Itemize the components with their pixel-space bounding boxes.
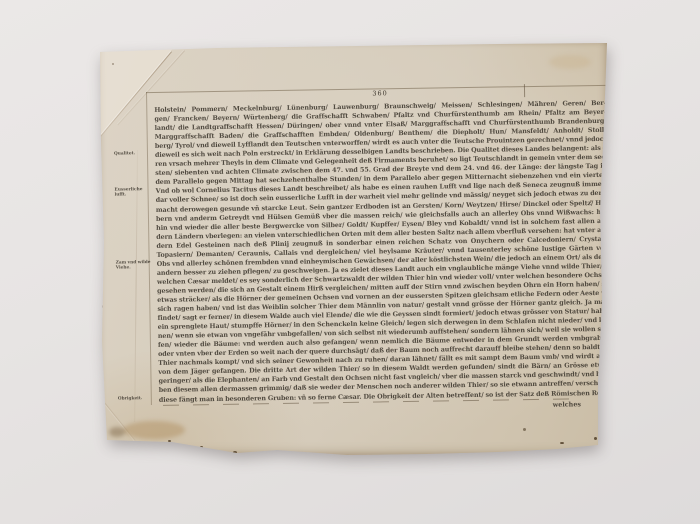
margin-note: Obrigkeit. (118, 396, 156, 402)
frame-rule-left (146, 92, 152, 405)
margin-note: Eusserliche lufft. (115, 187, 153, 198)
speck (200, 446, 203, 448)
speck (168, 440, 171, 442)
book-page: 360 Holstein/ Pommern/ Meckelnburg/ Lüne… (97, 41, 609, 457)
stain (109, 427, 125, 437)
speck (101, 305, 103, 308)
speck (233, 451, 237, 454)
speck (594, 437, 597, 440)
printed-content: 360 Holstein/ Pommern/ Meckelnburg/ Lüne… (150, 85, 615, 437)
speck (560, 442, 564, 444)
margin-note: Zam vnd wilde Viehe. (116, 260, 154, 271)
margin-note: Qualitet. (114, 151, 152, 157)
photo-background: 360 Holstein/ Pommern/ Meckelnburg/ Lüne… (0, 0, 700, 524)
speck (112, 63, 114, 65)
stain (549, 55, 591, 69)
page-shadow-wrap: 360 Holstein/ Pommern/ Meckelnburg/ Lüne… (0, 0, 700, 524)
body-text: Holstein/ Pommern/ Meckelnburg/ Lünenbur… (154, 99, 611, 405)
